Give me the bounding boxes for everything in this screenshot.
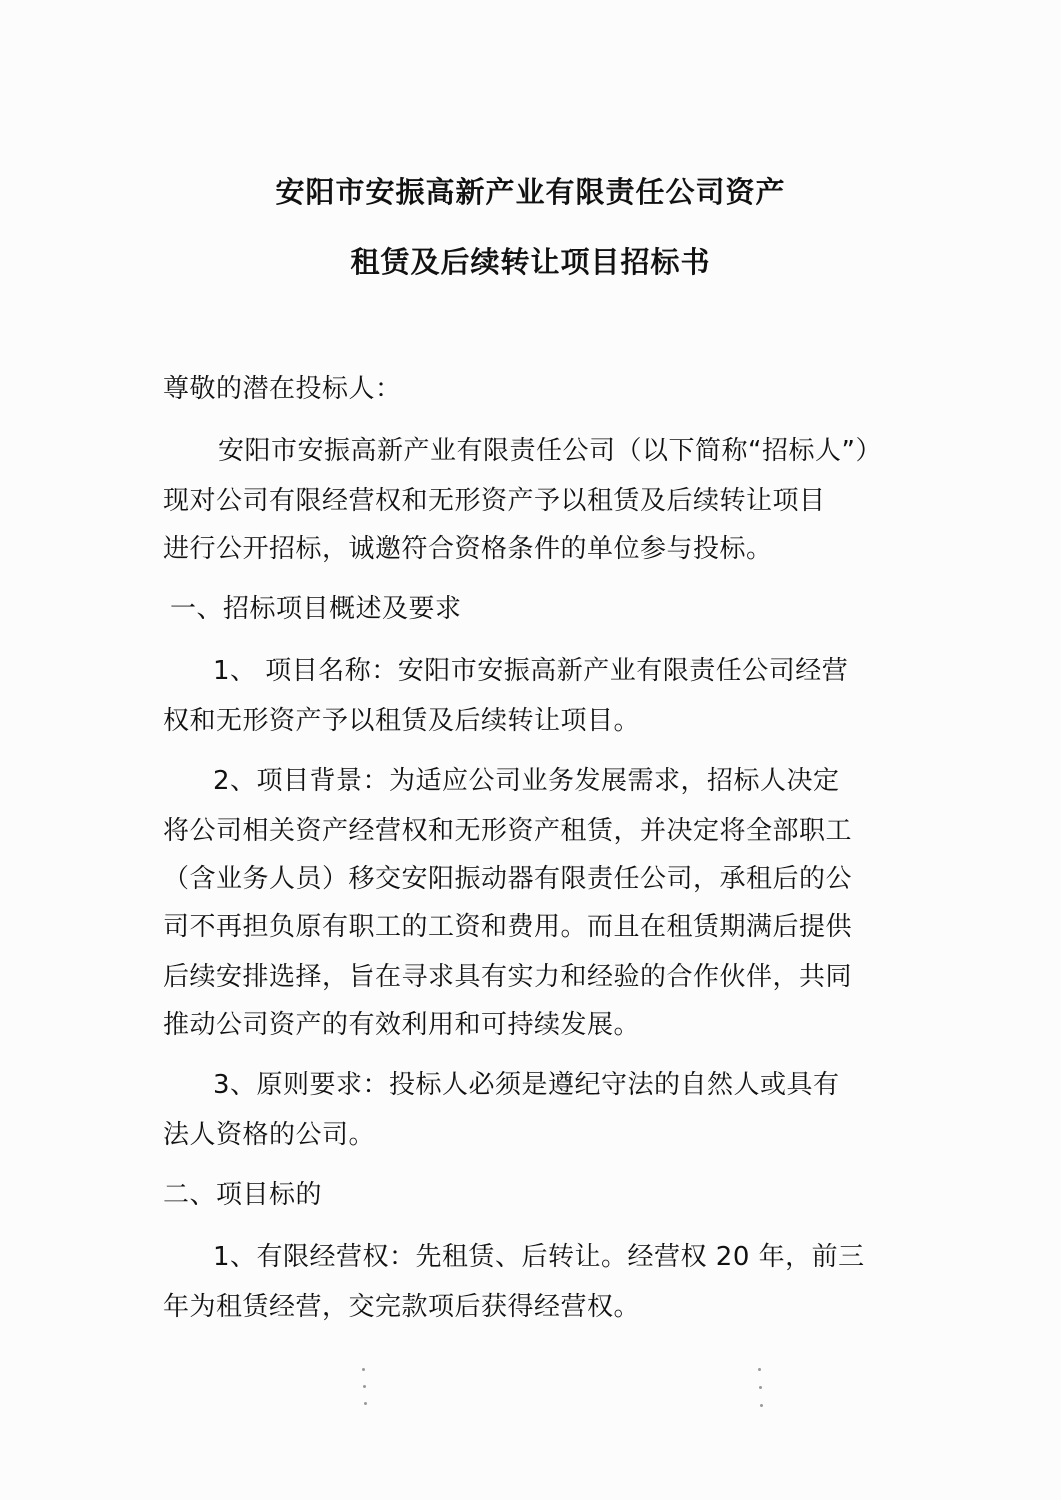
section-1-heading: 一、招标项目概述及要求 [170, 588, 462, 625]
scan-speck [364, 1402, 367, 1405]
scan-speck [363, 1385, 366, 1388]
section-1-item-2-line-1: 2、项目背景：为适应公司业务发展需求，招标人决定 [213, 760, 840, 797]
section-1-item-1-line-2: 权和无形资产予以租赁及后续转让项目。 [163, 700, 640, 737]
document-title-line-1: 安阳市安振高新产业有限责任公司资产 [0, 170, 1061, 211]
section-1-item-3-line-1: 3、原则要求：投标人必须是遵纪守法的自然人或具有 [213, 1064, 840, 1101]
intro-line-2: 现对公司有限经营权和无形资产予以租赁及后续转让项目 [163, 480, 826, 517]
section-1-item-2-line-5: 后续安排选择，旨在寻求具有实力和经验的合作伙伴，共同 [163, 956, 852, 993]
scan-speck [362, 1368, 365, 1371]
section-1-item-1-line-1: 1、 项目名称：安阳市安振高新产业有限责任公司经营 [213, 650, 848, 687]
section-2-heading: 二、项目标的 [163, 1174, 322, 1211]
document-title-line-2: 租赁及后续转让项目招标书 [0, 240, 1061, 281]
section-1-item-2-line-4: 司不再担负原有职工的工资和费用。而且在租赁期满后提供 [163, 906, 852, 943]
scan-speck [758, 1368, 761, 1371]
section-2-item-1-line-2: 年为租赁经营，交完款项后获得经营权。 [163, 1286, 640, 1323]
scan-speck [760, 1404, 763, 1407]
document-page: 安阳市安振高新产业有限责任公司资产 租赁及后续转让项目招标书 尊敬的潜在投标人：… [0, 0, 1061, 1500]
section-1-item-2-line-2: 将公司相关资产经营权和无形资产租赁，并决定将全部职工 [163, 810, 852, 847]
section-1-item-2-line-3: （含业务人员）移交安阳振动器有限责任公司，承租后的公 [163, 858, 852, 895]
salutation: 尊敬的潜在投标人： [163, 368, 402, 405]
section-1-item-2-line-6: 推动公司资产的有效利用和可持续发展。 [163, 1004, 640, 1041]
section-2-item-1-line-1: 1、有限经营权：先租赁、后转让。经营权 20 年，前三 [213, 1236, 865, 1273]
section-1-item-3-line-2: 法人资格的公司。 [163, 1114, 375, 1151]
intro-line-3: 进行公开招标，诚邀符合资格条件的单位参与投标。 [163, 528, 773, 565]
scan-speck [759, 1386, 762, 1389]
intro-line-1: 安阳市安振高新产业有限责任公司（以下简称“招标人”） [218, 430, 882, 467]
